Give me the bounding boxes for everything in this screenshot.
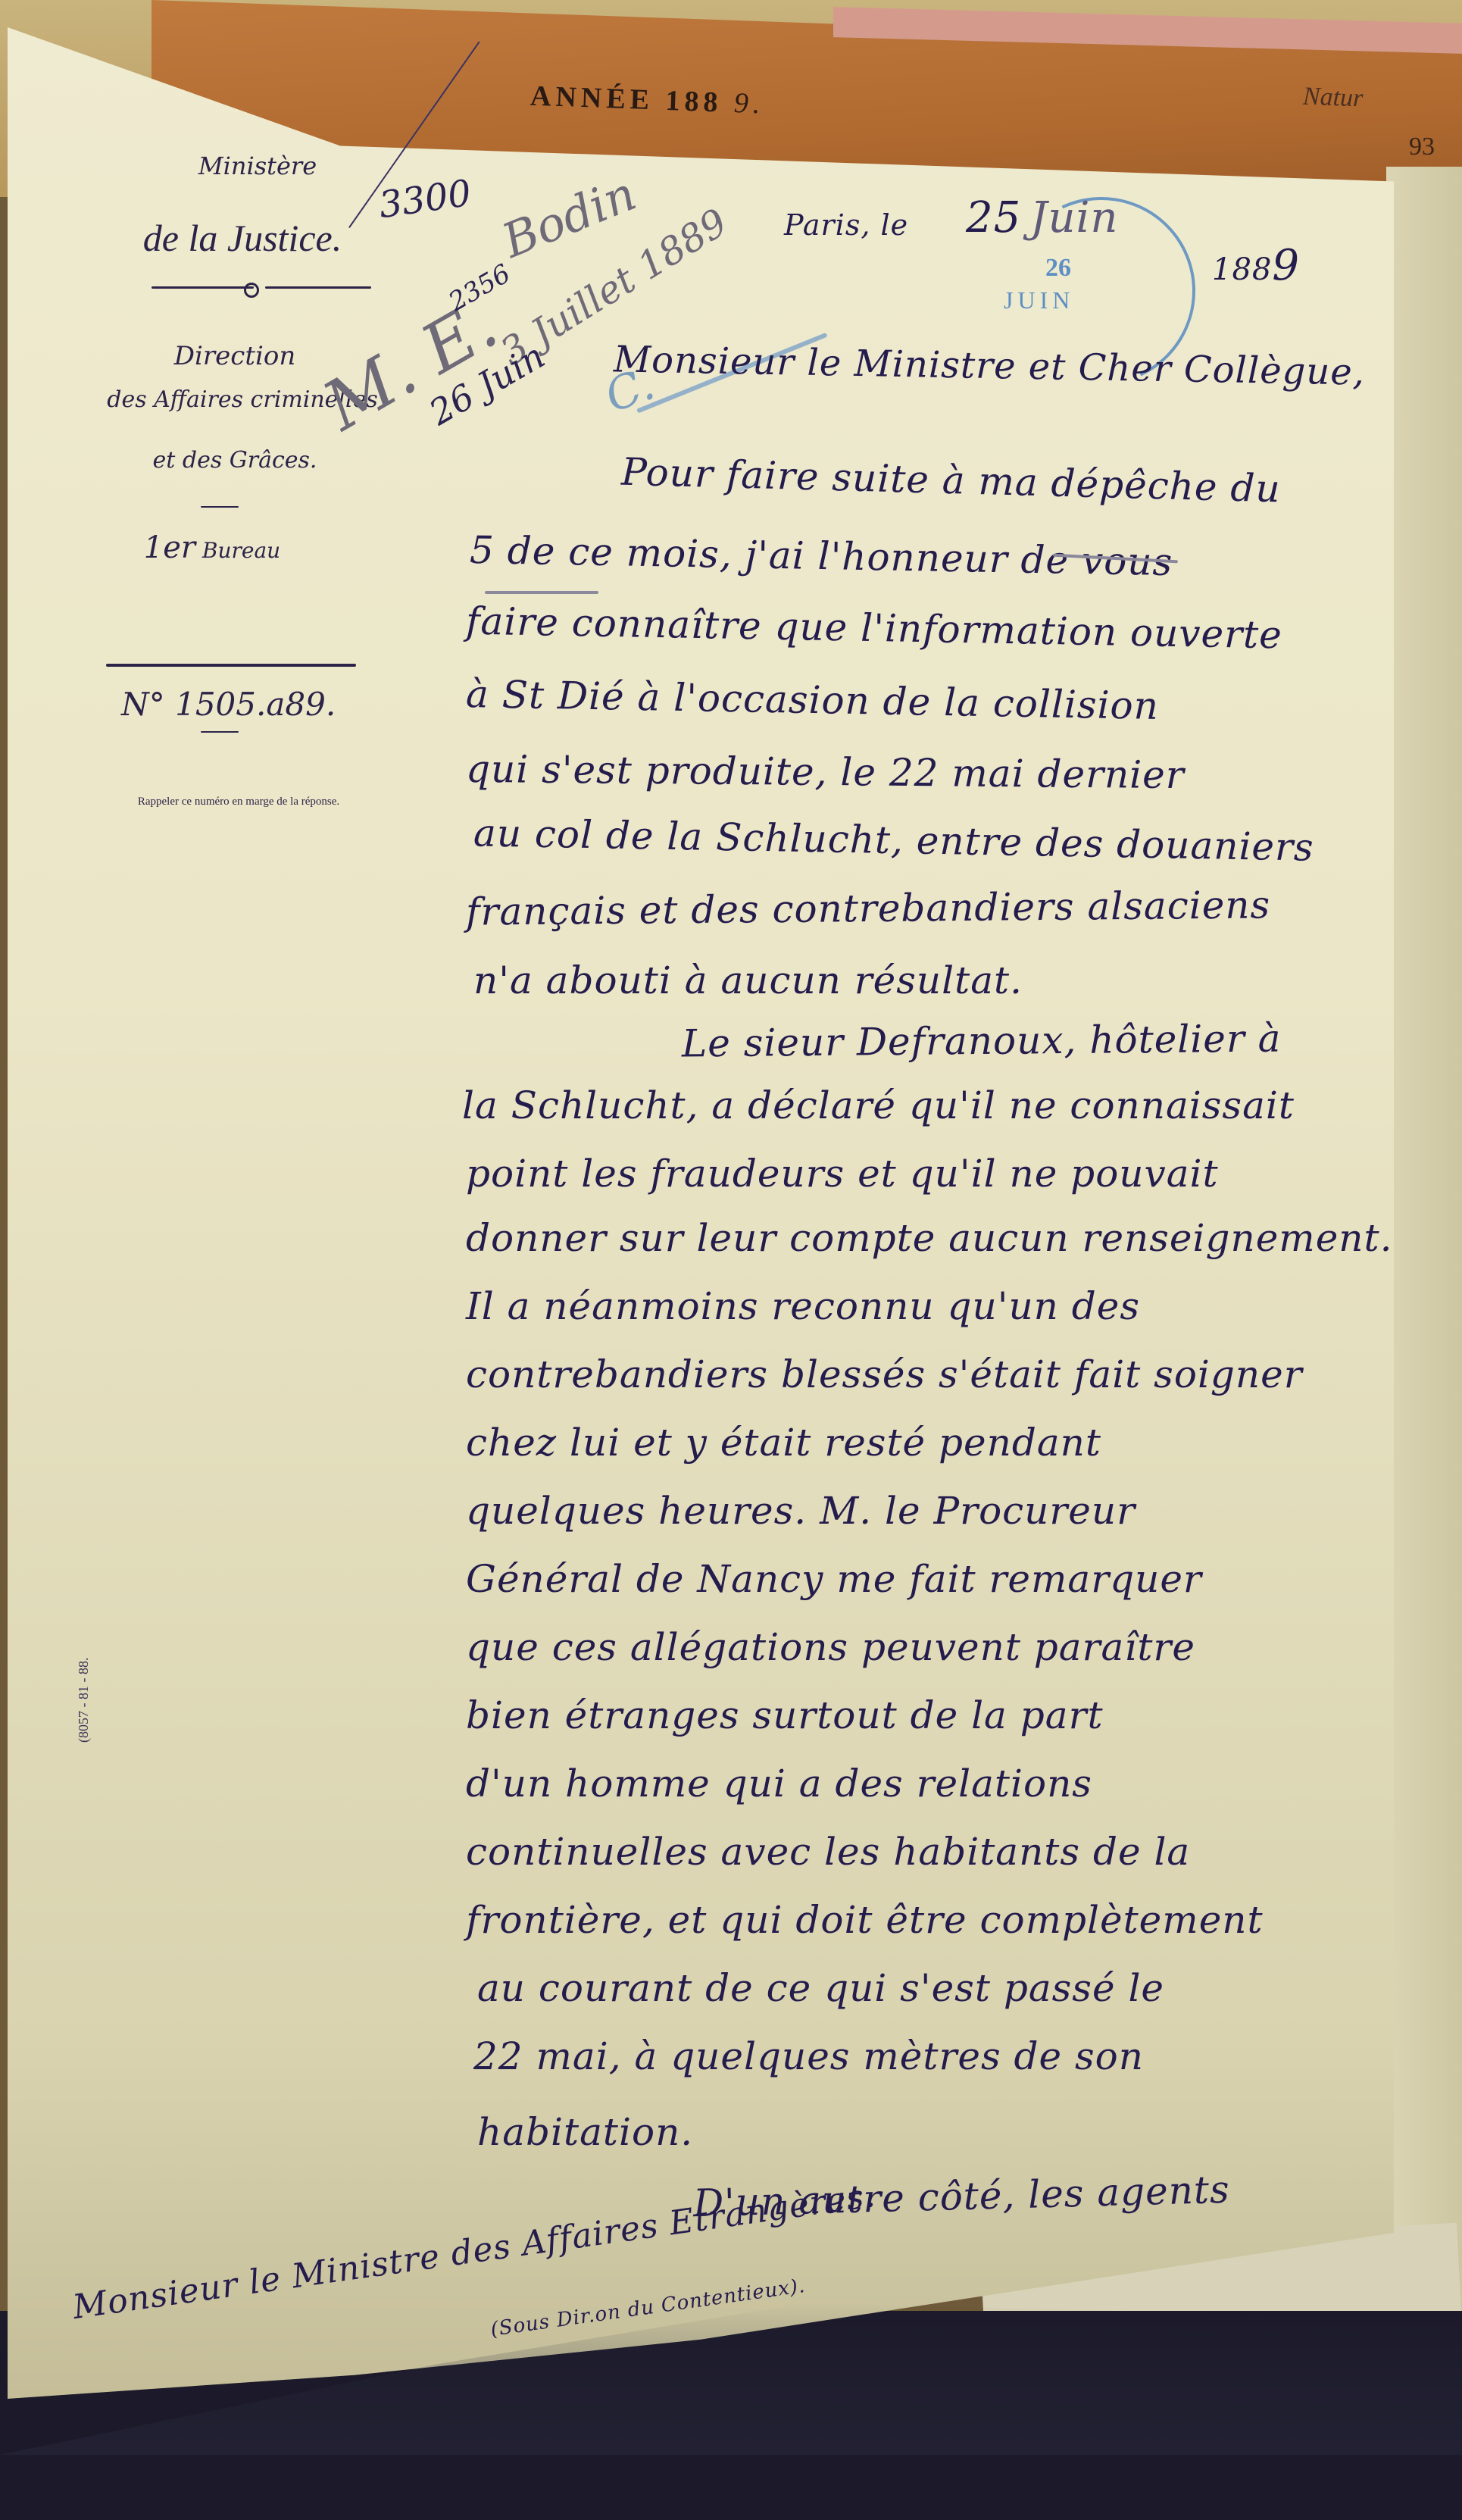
- letterhead-short-rule: [201, 506, 239, 508]
- letter-line: français et des contrebandiers alsaciens: [466, 883, 1271, 933]
- dateline-month: Juin: [1030, 193, 1119, 242]
- letter-line: n'a abouti à aucun résultat.: [473, 958, 1023, 1002]
- letter-line: Le sieur Defranoux, hôtelier à: [682, 1017, 1282, 1066]
- letterhead-divider-numero: [106, 664, 356, 667]
- letter-line: donner sur leur compte aucun renseigneme…: [466, 1216, 1392, 1260]
- letter-line: Il a néanmoins reconnu qu'un des: [466, 1284, 1140, 1328]
- printer-imprint: (8057 - 81 - 88.: [76, 1658, 92, 1743]
- folder-right-text: Natur: [1302, 83, 1364, 114]
- letter-line: point les fraudeurs et qu'il ne pouvait: [466, 1152, 1219, 1196]
- stamp-month: JUIN: [1004, 286, 1074, 314]
- letter-line: la Schlucht, a déclaré qu'il ne connaiss…: [462, 1083, 1295, 1127]
- letter-line: bien étranges surtout de la part: [466, 1693, 1104, 1737]
- letter-line: que ces allégations peuvent paraître: [466, 1625, 1195, 1669]
- letterhead-bureau: 1er Bureau: [114, 530, 311, 565]
- letter-line: quelques heures. M. le Procureur: [466, 1489, 1136, 1533]
- underlying-page: [1386, 167, 1462, 2364]
- dateline-day: 25: [966, 193, 1021, 242]
- letterhead-numero-underline: [201, 731, 239, 733]
- stamp-day: 26: [1045, 254, 1071, 283]
- letter-line: Général de Nancy me fait remarquer: [466, 1557, 1202, 1601]
- letterhead-divider-ornament: [244, 283, 259, 298]
- letterhead-graces: et des Grâces.: [129, 447, 341, 474]
- letter-line: d'un homme qui a des relations: [466, 1762, 1092, 1806]
- letterhead-rappeler-note: Rappeler ce numéro en marge de la répons…: [68, 796, 409, 808]
- letter-line: 22 mai, à quelques mètres de son: [473, 2034, 1144, 2078]
- letter-line: chez lui et y était resté pendant: [466, 1421, 1101, 1465]
- letter-line: au courant de ce qui s'est passé le: [477, 1966, 1164, 2010]
- letter-line: contrebandiers blessés s'était fait soig…: [466, 1352, 1303, 1396]
- letter-line: frontière, et qui doit être complètement: [466, 1898, 1264, 1942]
- letterhead-numero: N° 1505.a89.: [121, 686, 409, 723]
- letter-line: qui s'est produite, le 22 mai dernier: [466, 747, 1185, 797]
- letter-line: habitation.: [477, 2110, 693, 2154]
- letterhead-direction: Direction: [152, 341, 318, 371]
- folder-number: 93: [1409, 133, 1435, 161]
- pencil-underline: [485, 591, 598, 594]
- letterhead-divider: [152, 286, 254, 289]
- letterhead-divider: [265, 286, 371, 289]
- letterhead-justice: de la Justice.: [83, 216, 401, 260]
- dateline-place: Paris, le: [784, 208, 908, 242]
- dateline-year: 1889: [1212, 241, 1300, 290]
- letterhead-ministere: Ministère: [159, 152, 356, 180]
- letter-line: continuelles avec les habitants de la: [466, 1830, 1190, 1874]
